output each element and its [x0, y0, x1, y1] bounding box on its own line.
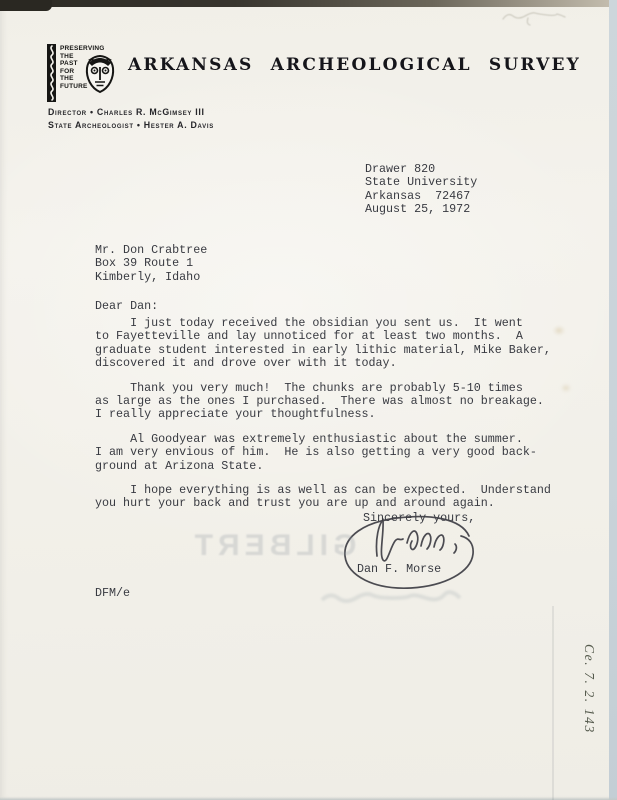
catalog-number-note: Ce. 7. 2. 143 — [581, 644, 597, 774]
paragraph-2: Thank you very much! The chunks are prob… — [95, 382, 565, 422]
scan-top-edge — [0, 0, 617, 7]
foxing-spot — [561, 384, 571, 392]
paper-edge-line — [552, 606, 554, 800]
paragraph-4: I hope everything is as well as can be e… — [95, 484, 565, 511]
recipient-address-block: Mr. Don Crabtree Box 39 Route 1 Kimberly… — [95, 244, 207, 284]
letter-body: I just today received the obsidian you s… — [95, 317, 565, 522]
tribal-mask-icon — [84, 54, 116, 94]
foxing-spot — [553, 326, 565, 335]
letterhead-staff: Director • Charles R. McGimsey III State… — [48, 106, 214, 132]
bleedthrough-ghost-squiggle — [318, 588, 468, 610]
letterhead-title: ARKANSAS ARCHEOLOGICAL SURVEY — [128, 55, 581, 75]
scanned-letter-page: PRESERVING THE PAST FOR THE FUTURE ARKAN… — [0, 0, 617, 800]
reference-initials: DFM/e — [95, 587, 130, 600]
paragraph-1: I just today received the obsidian you s… — [95, 317, 565, 371]
paragraph-3: Al Goodyear was extremely enthusiastic a… — [95, 433, 565, 473]
pencil-scribble-icon — [500, 9, 570, 27]
scan-top-left-corner — [0, 0, 52, 11]
return-address-block: Drawer 820 State University Arkansas 724… — [365, 163, 477, 217]
salutation: Dear Dan: — [95, 300, 158, 313]
state-archeologist-line: State Archeologist • Hester A. Davis — [48, 119, 214, 132]
bleedthrough-ghost-text: GILBERT — [178, 529, 368, 563]
director-line: Director • Charles R. McGimsey III — [48, 106, 214, 119]
motto-line: PRESERVING — [60, 45, 105, 53]
typed-signature-name: Dan F. Morse — [357, 563, 441, 576]
spiral-bar-icon — [47, 44, 57, 102]
survey-logo: PRESERVING THE PAST FOR THE FUTURE — [47, 43, 119, 103]
scan-right-edge — [609, 0, 617, 800]
